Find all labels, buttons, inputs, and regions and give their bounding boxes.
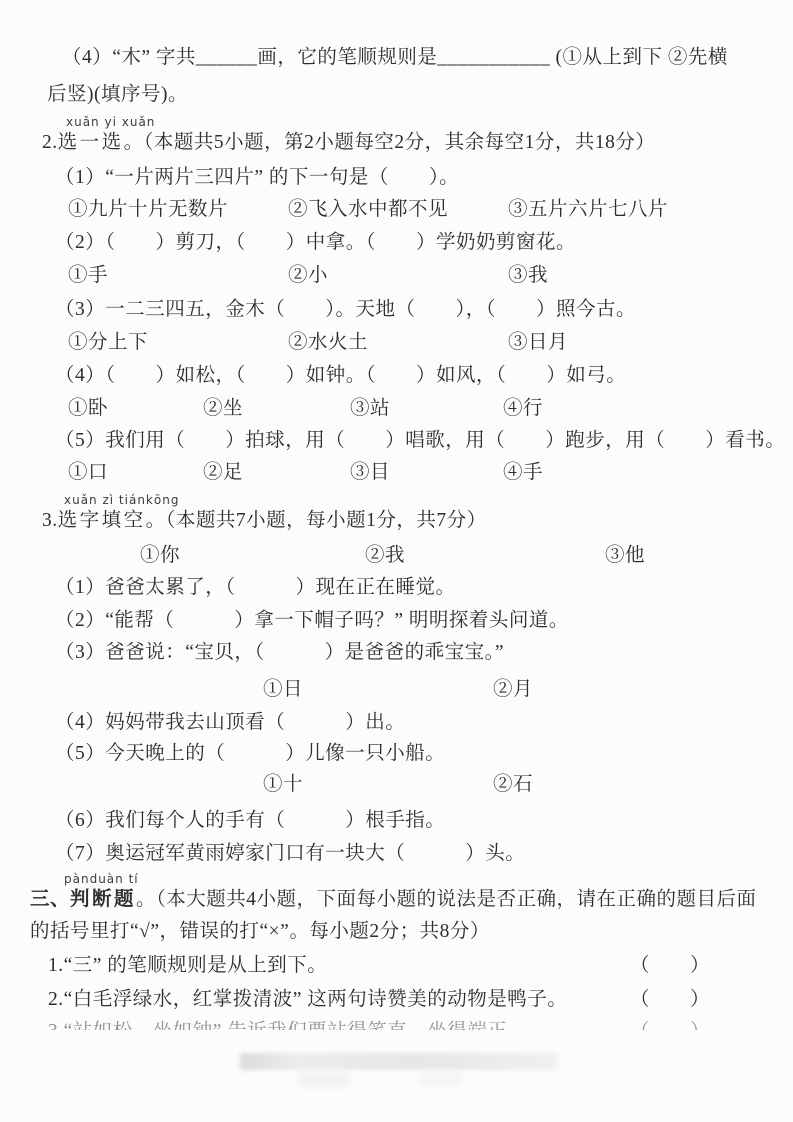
q2-item3-options: ①分上下 ②水火土 ③日月 [68, 330, 728, 356]
q2-item1-stem: （1）“一片两片三四片” 的下一句是（ ）。 [55, 165, 459, 191]
option-3: ③站 [350, 396, 503, 422]
q3-item7: （7）奥运冠军黄雨婷家门口有一块大（ ）头。 [55, 841, 525, 867]
q2-item4-options: ①卧 ②坐 ③站 ④行 [68, 396, 543, 422]
option-2: ②水火土 [288, 330, 508, 356]
judge-text: 2.“白毛浮绿水，红掌拨清波” 这两句诗赞美的动物是鸭子。 [48, 987, 567, 1013]
option-1: ①手 [68, 263, 288, 289]
answer-bracket: （ ） [630, 1019, 710, 1030]
q2-item2-options: ①手 ②小 ③我 [68, 263, 728, 289]
q2-section-title: 2.选一选。（本题共5小题，第2小题每空2分，其余每空1分，共18分） [42, 130, 655, 156]
answer-bracket: （ ） [630, 953, 710, 979]
q3-item2: （2）“能帮（ ）拿一下帽子吗？” 明明探着头问道。 [55, 608, 569, 634]
judge-item-2: 2.“白毛浮绿水，红掌拨清波” 这两句诗赞美的动物是鸭子。 （ ） [48, 987, 710, 1013]
q2-number: 2. [42, 132, 58, 153]
option-1: ①九片十片无数片 [68, 197, 288, 223]
option-1: ①分上下 [68, 330, 288, 356]
option-1: ①卧 [68, 396, 203, 422]
sec3-title-word: 判断题 [70, 889, 136, 910]
sec3-number: 三、 [30, 889, 70, 910]
q2-item4-stem: （4）（ ）如松，（ ）如钟。（ ）如风，（ ）如弓。 [55, 363, 626, 389]
q3-item3: （3）爸爸说：“宝贝，（ ）是爸爸的乖宝宝。” [55, 640, 504, 666]
judge-item-1: 1.“三” 的笔顺规则是从上到下。 （ ） [48, 953, 710, 979]
sec3-instructions-part1: 。（本大题共4小题，下面每小题的说法是否正确，请在正确的题目后面 [136, 889, 757, 910]
sec3-title-line2: 的括号里打“√”，错误的打“×”。每小题2分；共8分） [30, 919, 490, 945]
choice-1: ①十 [263, 772, 493, 798]
option-2: ②飞入水中都不见 [288, 197, 508, 223]
choice-2: ②我 [365, 543, 605, 569]
choice-1: ①日 [263, 677, 493, 703]
q3-item4: （4）妈妈带我去山顶看（ ）出。 [55, 710, 405, 736]
choice-1: ①你 [140, 543, 365, 569]
answer-bracket: （ ） [630, 987, 710, 1013]
judge-text: 1.“三” 的笔顺规则是从上到下。 [48, 953, 327, 979]
q3-choices-mid: ①日 ②月 [263, 677, 533, 703]
choice-2: ②石 [493, 772, 533, 798]
option-2: ②小 [288, 263, 508, 289]
q3-section-title: 3.选字填空。（本题共7小题，每小题1分，共7分） [42, 508, 487, 534]
q3-pinyin-annotation: xuǎn zì tiánkōng [64, 493, 179, 507]
watermark-blur-strip [240, 1053, 558, 1070]
option-3: ③五片六片七八片 [508, 197, 728, 223]
judge-text: 3.“站如松，坐如钟” 告诉我们要站得笔直，坐得端正。 [48, 1019, 527, 1030]
q3-title-word: 选字填空 [58, 510, 146, 531]
q3-item5: （5）今天晚上的（ ）儿像一只小船。 [55, 741, 445, 767]
watermark-blur-blob [420, 1073, 462, 1085]
option-2: ②足 [203, 460, 350, 486]
judge-item-3-clipped: 3.“站如松，坐如钟” 告诉我们要站得笔直，坐得端正。 （ ） [48, 1019, 710, 1030]
q1-item4-line1: （4）“木” 字共______画，它的笔顺规则是___________ (①从上… [62, 45, 728, 71]
q2-item5-options: ①口 ②足 ③目 ④手 [68, 460, 543, 486]
q2-item1-options: ①九片十片无数片 ②飞入水中都不见 ③五片六片七八片 [68, 197, 728, 223]
choice-3: ③他 [605, 543, 645, 569]
option-2: ②坐 [203, 396, 350, 422]
q2-pinyin-annotation: xuǎn yi xuǎn [66, 115, 155, 129]
choice-2: ②月 [493, 677, 533, 703]
option-3: ③我 [508, 263, 728, 289]
option-4: ④行 [503, 396, 543, 422]
q2-item3-stem: （3）一二三四五，金木（ ）。天地（ ），（ ）照今古。 [55, 297, 636, 323]
watermark-blur-blob [300, 1073, 348, 1087]
q2-item5-stem: （5）我们用（ ）拍球，用（ ）唱歌，用（ ）跑步，用（ ）看书。 [55, 428, 785, 454]
q3-score-note: 。（本题共7小题，每小题1分，共7分） [146, 510, 487, 531]
q3-item6: （6）我们每个人的手有（ ）根手指。 [55, 808, 445, 834]
option-4: ④手 [503, 460, 543, 486]
q3-item1: （1）爸爸太累了，（ ）现在正在睡觉。 [55, 575, 456, 601]
option-3: ③目 [350, 460, 503, 486]
q3-choices-top: ①你 ②我 ③他 [140, 543, 645, 569]
q2-score-note: 。（本题共5小题，第2小题每空2分，其余每空1分，共18分） [124, 132, 656, 153]
q3-number: 3. [42, 510, 58, 531]
option-3: ③日月 [508, 330, 728, 356]
q3-choices-low: ①十 ②石 [263, 772, 533, 798]
q2-item2-stem: （2）（ ）剪刀，（ ）中拿。（ ）学奶奶剪窗花。 [55, 230, 576, 256]
option-1: ①口 [68, 460, 203, 486]
sec3-title-line1: 三、判断题。（本大题共4小题，下面每小题的说法是否正确，请在正确的题目后面 [30, 887, 757, 913]
exam-paper-page: （4）“木” 字共______画，它的笔顺规则是___________ (①从上… [0, 0, 793, 1122]
q2-title-word: 选一选 [58, 132, 124, 153]
sec3-pinyin-annotation: pànduàn tí [64, 872, 139, 886]
q1-item4-line2: 后竖)(填序号)。 [47, 82, 188, 108]
